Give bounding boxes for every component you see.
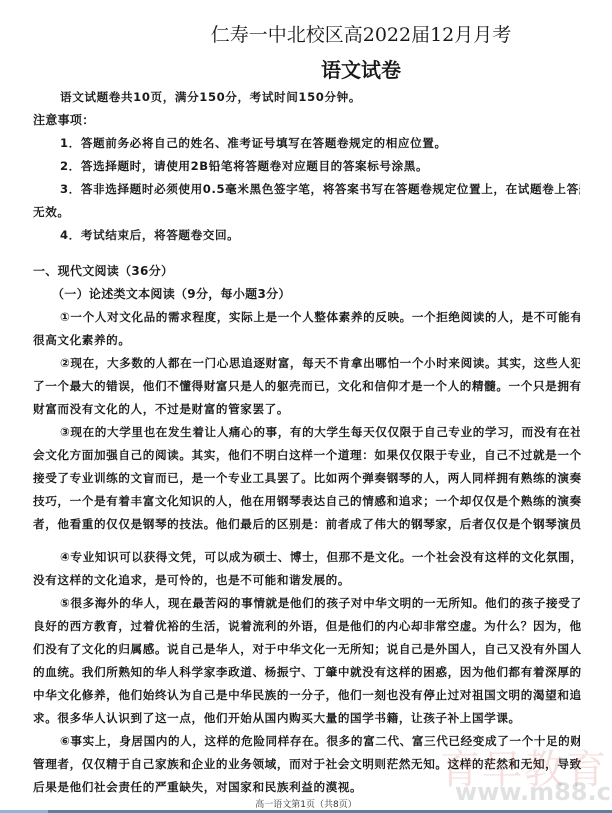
paragraph-line: 良好的西方教育，过着优裕的生活，说着流利的外语，但是他们的内心却非常空虚。为什么… <box>33 619 581 633</box>
paragraph-line: 技巧，一个是有着丰富文化知识的人，他在用钢琴表达自己的情感和追求；一个却仅仅是个… <box>33 494 581 508</box>
intro-text: 语文试题卷共10页，满分150分，考试时间150分钟。 <box>60 90 580 104</box>
paragraph-line: 者，他看重的仅仅是钢琴的技法。他们最后的区别是：前者成了伟大的钢琴家，后者仅仅是… <box>33 517 581 531</box>
exam-page: 仁寿一中北校区高2022届12月月考 语文试卷 语文试题卷共10页，满分150分… <box>0 0 612 813</box>
paragraph-line: 中华文化修养，他们始终认为自己是中华民族的一分子，他们一刻也没有停止过对祖国文明… <box>33 688 581 702</box>
paragraph-line: 很高文化素养的。 <box>33 333 581 347</box>
paragraph-line: 接受了专业训练的文盲而已，是一个专业工具罢了。比如两个弹奏钢琴的人，两人同样拥有… <box>33 471 581 485</box>
note-item: 2．答选择题时，请使用2B铅笔将答题卷对应题目的答案标号涂黑。 <box>60 159 580 173</box>
paragraph-line: 财富而没有文化的人，不过是财富的管家罢了。 <box>33 402 581 416</box>
paragraph-line: ③现在的大学里也在发生着让人痛心的事，有的大学生每天仅仅限于自己专业的学习，而没… <box>60 425 580 439</box>
page-footer: 高一语文第1页（共8页） <box>0 797 612 810</box>
note-item: 3．答非选择题时必须使用0.5毫米黑色签字笔，将答案书写在答题卷规定位置上，在试… <box>60 182 580 196</box>
note-item: 4．考试结束后，将答题卷交回。 <box>60 228 580 242</box>
notes-heading: 注意事项： <box>33 113 581 127</box>
exam-title: 仁寿一中北校区高2022届12月月考 <box>0 20 612 47</box>
exam-subtitle: 语文试卷 <box>0 54 612 83</box>
paragraph-line: ①一个人对文化品的需求程度，实际上是一个人整体素养的反映。一个拒绝阅读的人，是不… <box>60 310 580 324</box>
paragraph-line: 会文化方面加强自己的阅读。其实，他们不明白这样一个道理：如果仅仅限于专业，自己不… <box>33 448 581 462</box>
section-heading: 一、现代文阅读（36分） <box>33 264 581 278</box>
paragraph-line: 了一个最大的错误，他们不懂得财富只是人的躯壳而已，文化和信仰才是一个人的精髓。一… <box>33 379 581 393</box>
paragraph-line: ⑤很多海外的华人，现在最苦闷的事情就是他们的孩子对中华文明的一无所知。他们的孩子… <box>60 596 580 610</box>
paragraph-line: 求。很多华人认识到了这一点，他们开始从国内购买大量的国学书籍，让孩子补上国学课。 <box>33 711 581 725</box>
paragraph-line: 们没有了文化的归属感。说自己是华人，对于中华文化一无所知；说自己是外国人，自己又… <box>33 642 581 656</box>
paragraph-line: ②现在，大多数的人都在一门心思追逐财富，每天不肯拿出哪怕一个小时来阅读。其实，这… <box>60 356 580 370</box>
note-item: 1．答题前务必将自己的姓名、准考证号填写在答题卷规定的相应位置。 <box>60 136 580 150</box>
paragraph-line: 的血统。我们所熟知的华人科学家李政道、杨振宁、丁肇中就没有这样的困惑，因为他们都… <box>33 665 581 679</box>
note-item-continued: 无效。 <box>33 205 581 219</box>
subsection-heading: （一）论述类文本阅读（9分，每小题3分） <box>52 287 580 301</box>
paragraph-line: ④专业知识可以获得文凭，可以成为硕士、博士，但那不是文化。一个社会没有这样的文化… <box>60 550 580 564</box>
paragraph-line: 没有这样的文化追求，是可怜的，也是不可能和谐发展的。 <box>33 573 581 587</box>
